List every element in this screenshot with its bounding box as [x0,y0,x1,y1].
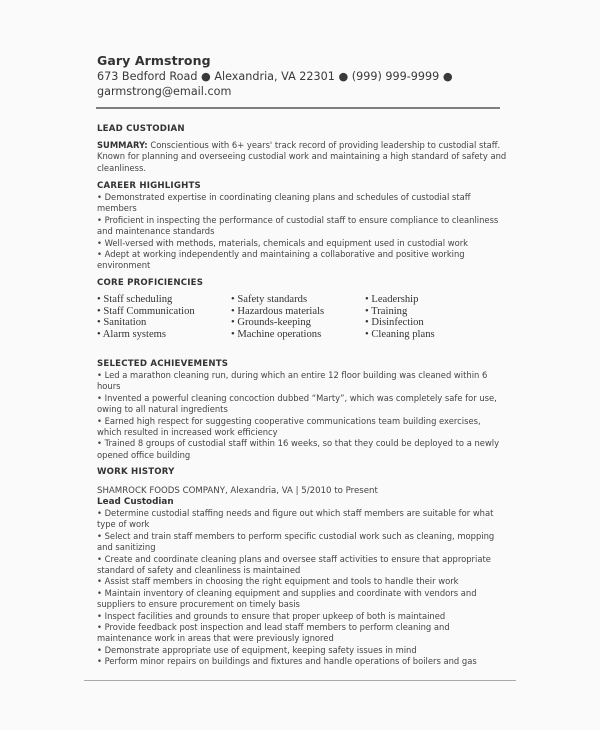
footer-divider [84,680,516,681]
contact-address-phone: 673 Bedford Road ● Alexandria, VA 22301 … [97,70,497,85]
core-proficiencies-title: CORE PROFICIENCIES [97,278,203,288]
work-history-title: WORK HISTORY [97,467,175,477]
proficiencies-column-3: LeadershipTrainingDisinfectionCleaning p… [365,294,435,340]
list-item: Perform minor repairs on buildings and f… [97,656,507,667]
list-item: Grounds-keeping [231,317,324,329]
proficiencies-column-1: Staff schedulingStaff CommunicationSanit… [97,294,195,340]
list-item: Demonstrated expertise in coordinating c… [97,192,507,215]
proficiencies-column-2: Safety standardsHazardous materialsGroun… [231,294,324,340]
list-item: Adept at working independently and maint… [97,249,507,272]
header-divider [96,107,500,109]
contact-info: 673 Bedford Road ● Alexandria, VA 22301 … [97,70,497,99]
list-item: Cleaning plans [365,329,435,341]
selected-achievements-list: Led a marathon cleaning run, during whic… [97,370,507,461]
list-item: Invented a powerful cleaning concoction … [97,393,507,416]
employer-line: SHAMROCK FOODS COMPANY, Alexandria, VA |… [97,486,378,496]
list-item: Safety standards [231,294,324,306]
list-item: Hazardous materials [231,306,324,318]
contact-email: garmstrong@email.com [97,85,497,100]
work-duties-list: Determine custodial staffing needs and f… [97,508,507,668]
summary-text: Conscientious with 6+ years' track recor… [97,140,506,173]
list-item: Leadership [365,294,435,306]
list-item: Disinfection [365,317,435,329]
list-item: Maintain inventory of cleaning equipment… [97,588,507,611]
list-item: Led a marathon cleaning run, during whic… [97,370,507,393]
summary-label: SUMMARY: [97,140,148,150]
list-item: Demonstrate appropriate use of equipment… [97,645,507,656]
resume-page: Gary Armstrong 673 Bedford Road ● Alexan… [0,0,600,730]
selected-achievements-title: SELECTED ACHIEVEMENTS [97,359,228,369]
list-item: Create and coordinate cleaning plans and… [97,554,507,577]
position-title: Lead Custodian [97,497,174,507]
list-item: Inspect facilities and grounds to ensure… [97,611,507,622]
list-item: Assist staff members in choosing the rig… [97,576,507,587]
list-item: Trained 8 groups of custodial staff with… [97,438,507,461]
list-item: Training [365,306,435,318]
list-item: Provide feedback post inspection and lea… [97,622,507,645]
list-item: Determine custodial staffing needs and f… [97,508,507,531]
career-highlights-title: CAREER HIGHLIGHTS [97,181,201,191]
list-item: Staff scheduling [97,294,195,306]
list-item: Select and train staff members to perfor… [97,531,507,554]
list-item: Staff Communication [97,306,195,318]
list-item: Well-versed with methods, materials, che… [97,238,507,249]
job-heading: LEAD CUSTODIAN [97,124,185,134]
list-item: Alarm systems [97,329,195,341]
list-item: Sanitation [97,317,195,329]
list-item: Earned high respect for suggesting coope… [97,416,507,439]
career-highlights-list: Demonstrated expertise in coordinating c… [97,192,507,272]
list-item: Proficient in inspecting the performance… [97,215,507,238]
summary-paragraph: SUMMARY: Conscientious with 6+ years' tr… [97,140,507,174]
candidate-name: Gary Armstrong [97,53,211,68]
list-item: Machine operations [231,329,324,341]
